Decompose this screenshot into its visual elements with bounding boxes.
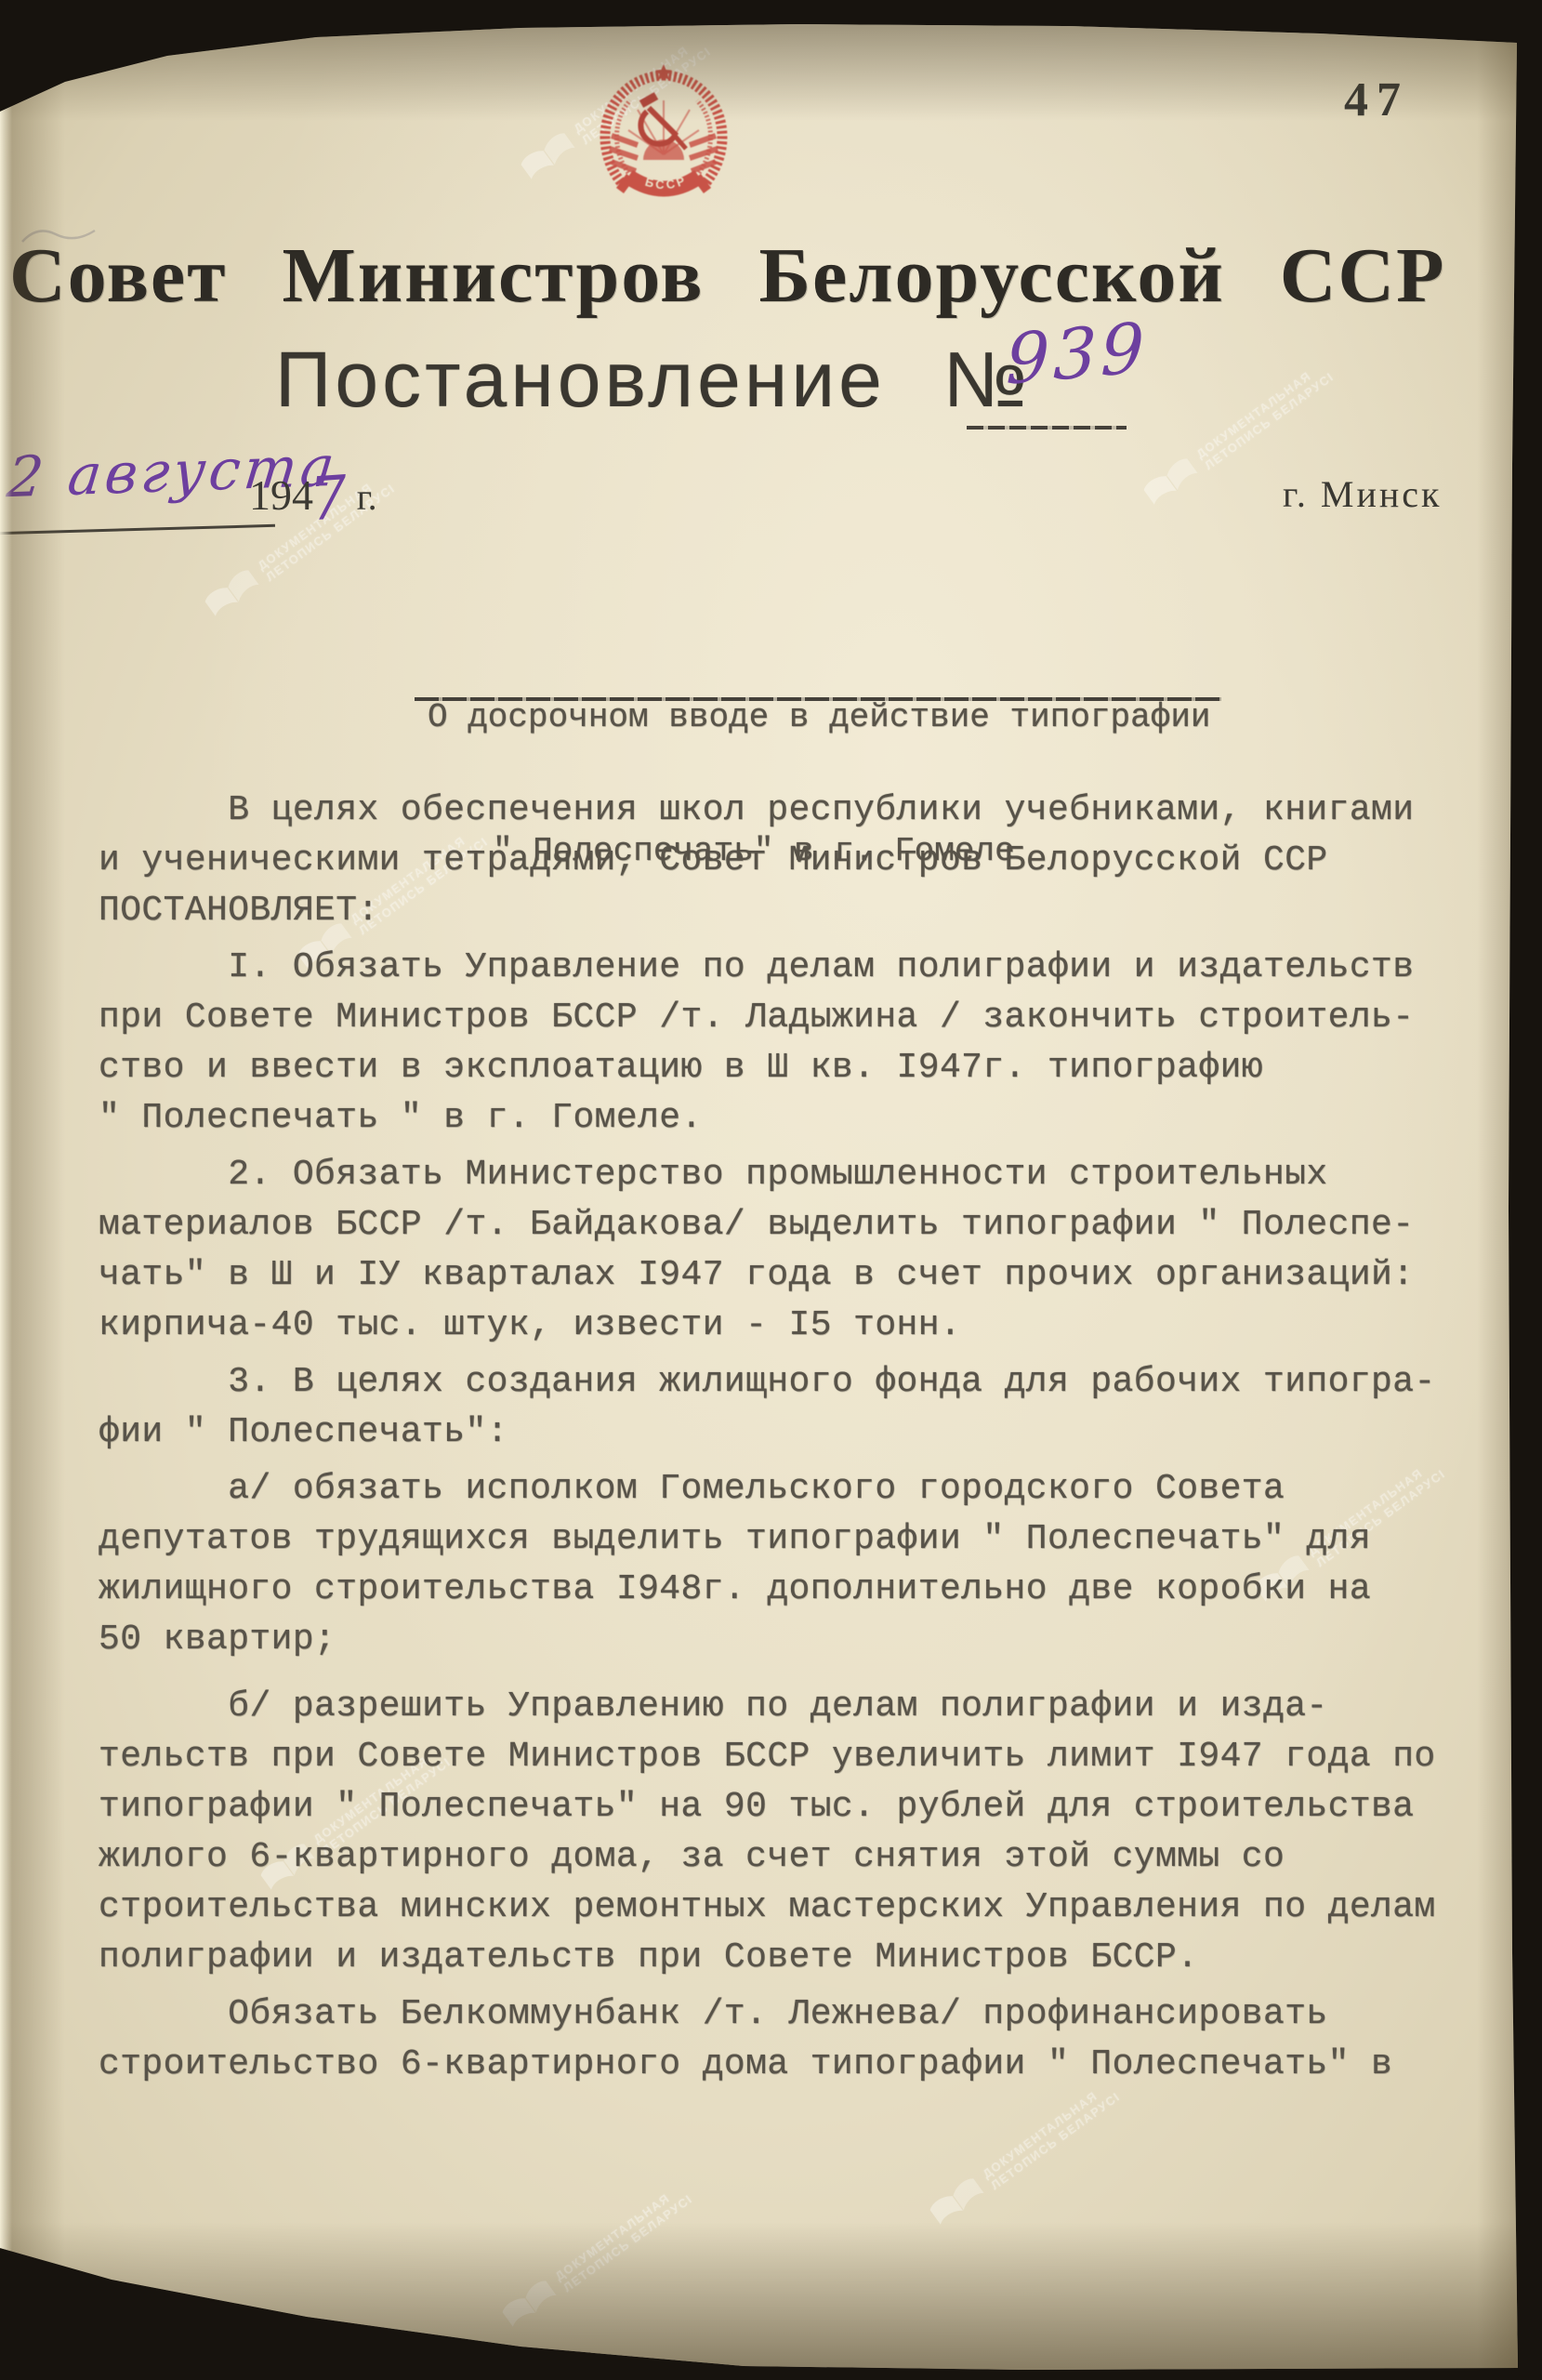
watermark-text: ДОКУМЕНТАЛЬНАЯ ЛЕТОПИСЬ БЕЛАРУСІ (552, 2180, 695, 2294)
paragraph-item-3a: а/ обязать исполком Гомельского городско… (99, 1464, 1474, 1665)
open-book-icon (1136, 449, 1208, 517)
paper-sheet: ДОКУМЕНТАЛЬНАЯ ЛЕТОПИСЬ БЕЛАРУСІ ДОКУМЕН… (0, 0, 1542, 2380)
document-type-line: Постановление№ (275, 340, 1031, 418)
document-number-handwritten: 939 (1006, 313, 1149, 395)
paragraph-item-3b: б/ разрешить Управлению по делам полигра… (99, 1682, 1474, 1983)
paragraph-item-3: 3. В целях создания жилищного фонда для … (99, 1357, 1474, 1458)
watermark-text: ДОКУМЕНТАЛЬНАЯ ЛЕТОПИСЬ БЕЛАРУСІ (980, 2078, 1123, 2192)
date-year-digit-handwritten: 7 (307, 464, 349, 535)
open-book-icon (197, 561, 270, 628)
scan-shadow-bottom (0, 2222, 1542, 2380)
city-label: г. Минск (1283, 472, 1442, 516)
title-line-1: О досрочном вводе в действие типографии (428, 695, 1211, 740)
paragraph-bank: Обязать Белкоммунбанк /т. Лежнева/ профи… (99, 1990, 1474, 2090)
open-book-icon (494, 2271, 567, 2339)
date-underline (0, 524, 275, 535)
paper-edge-highlight (0, 102, 12, 2259)
paragraph-item-1: І. Обязать Управление по делам полиграфи… (99, 943, 1474, 1144)
document-body: В целях обеспечения школ республики учеб… (99, 786, 1474, 2090)
paragraph-item-2: 2. Обязать Министерство промышленности с… (99, 1150, 1474, 1351)
document-type: Постановление (275, 336, 886, 423)
organization-name: Совет Министров Белорусской ССР (9, 231, 1515, 321)
number-underline (967, 426, 1127, 430)
scan-shadow-right (1477, 0, 1523, 2380)
scan-shadow-left (0, 0, 65, 2380)
watermark-text: ДОКУМЕНТАЛЬНАЯ ЛЕТОПИСЬ БЕЛАРУСІ (1193, 358, 1337, 472)
scan-shadow-top (0, 0, 1542, 121)
open-book-icon (513, 124, 586, 192)
page-number: 47 (1344, 73, 1409, 127)
date-year-printed: 194 (249, 471, 313, 519)
date-printed: 1947г. (249, 465, 377, 534)
open-book-icon (922, 2169, 995, 2237)
date-era: г. (357, 476, 377, 518)
document-scan: ДОКУМЕНТАЛЬНАЯ ЛЕТОПИСЬ БЕЛАРУСІ ДОКУМЕН… (0, 0, 1542, 2380)
archive-watermark: ДОКУМЕНТАЛЬНАЯ ЛЕТОПИСЬ БЕЛАРУСІ (494, 2164, 714, 2339)
paragraph-preamble: В целях обеспечения школ республики учеб… (99, 786, 1474, 936)
bssr-emblem-stamp: БССР (586, 63, 742, 205)
title-underline (415, 697, 1221, 701)
